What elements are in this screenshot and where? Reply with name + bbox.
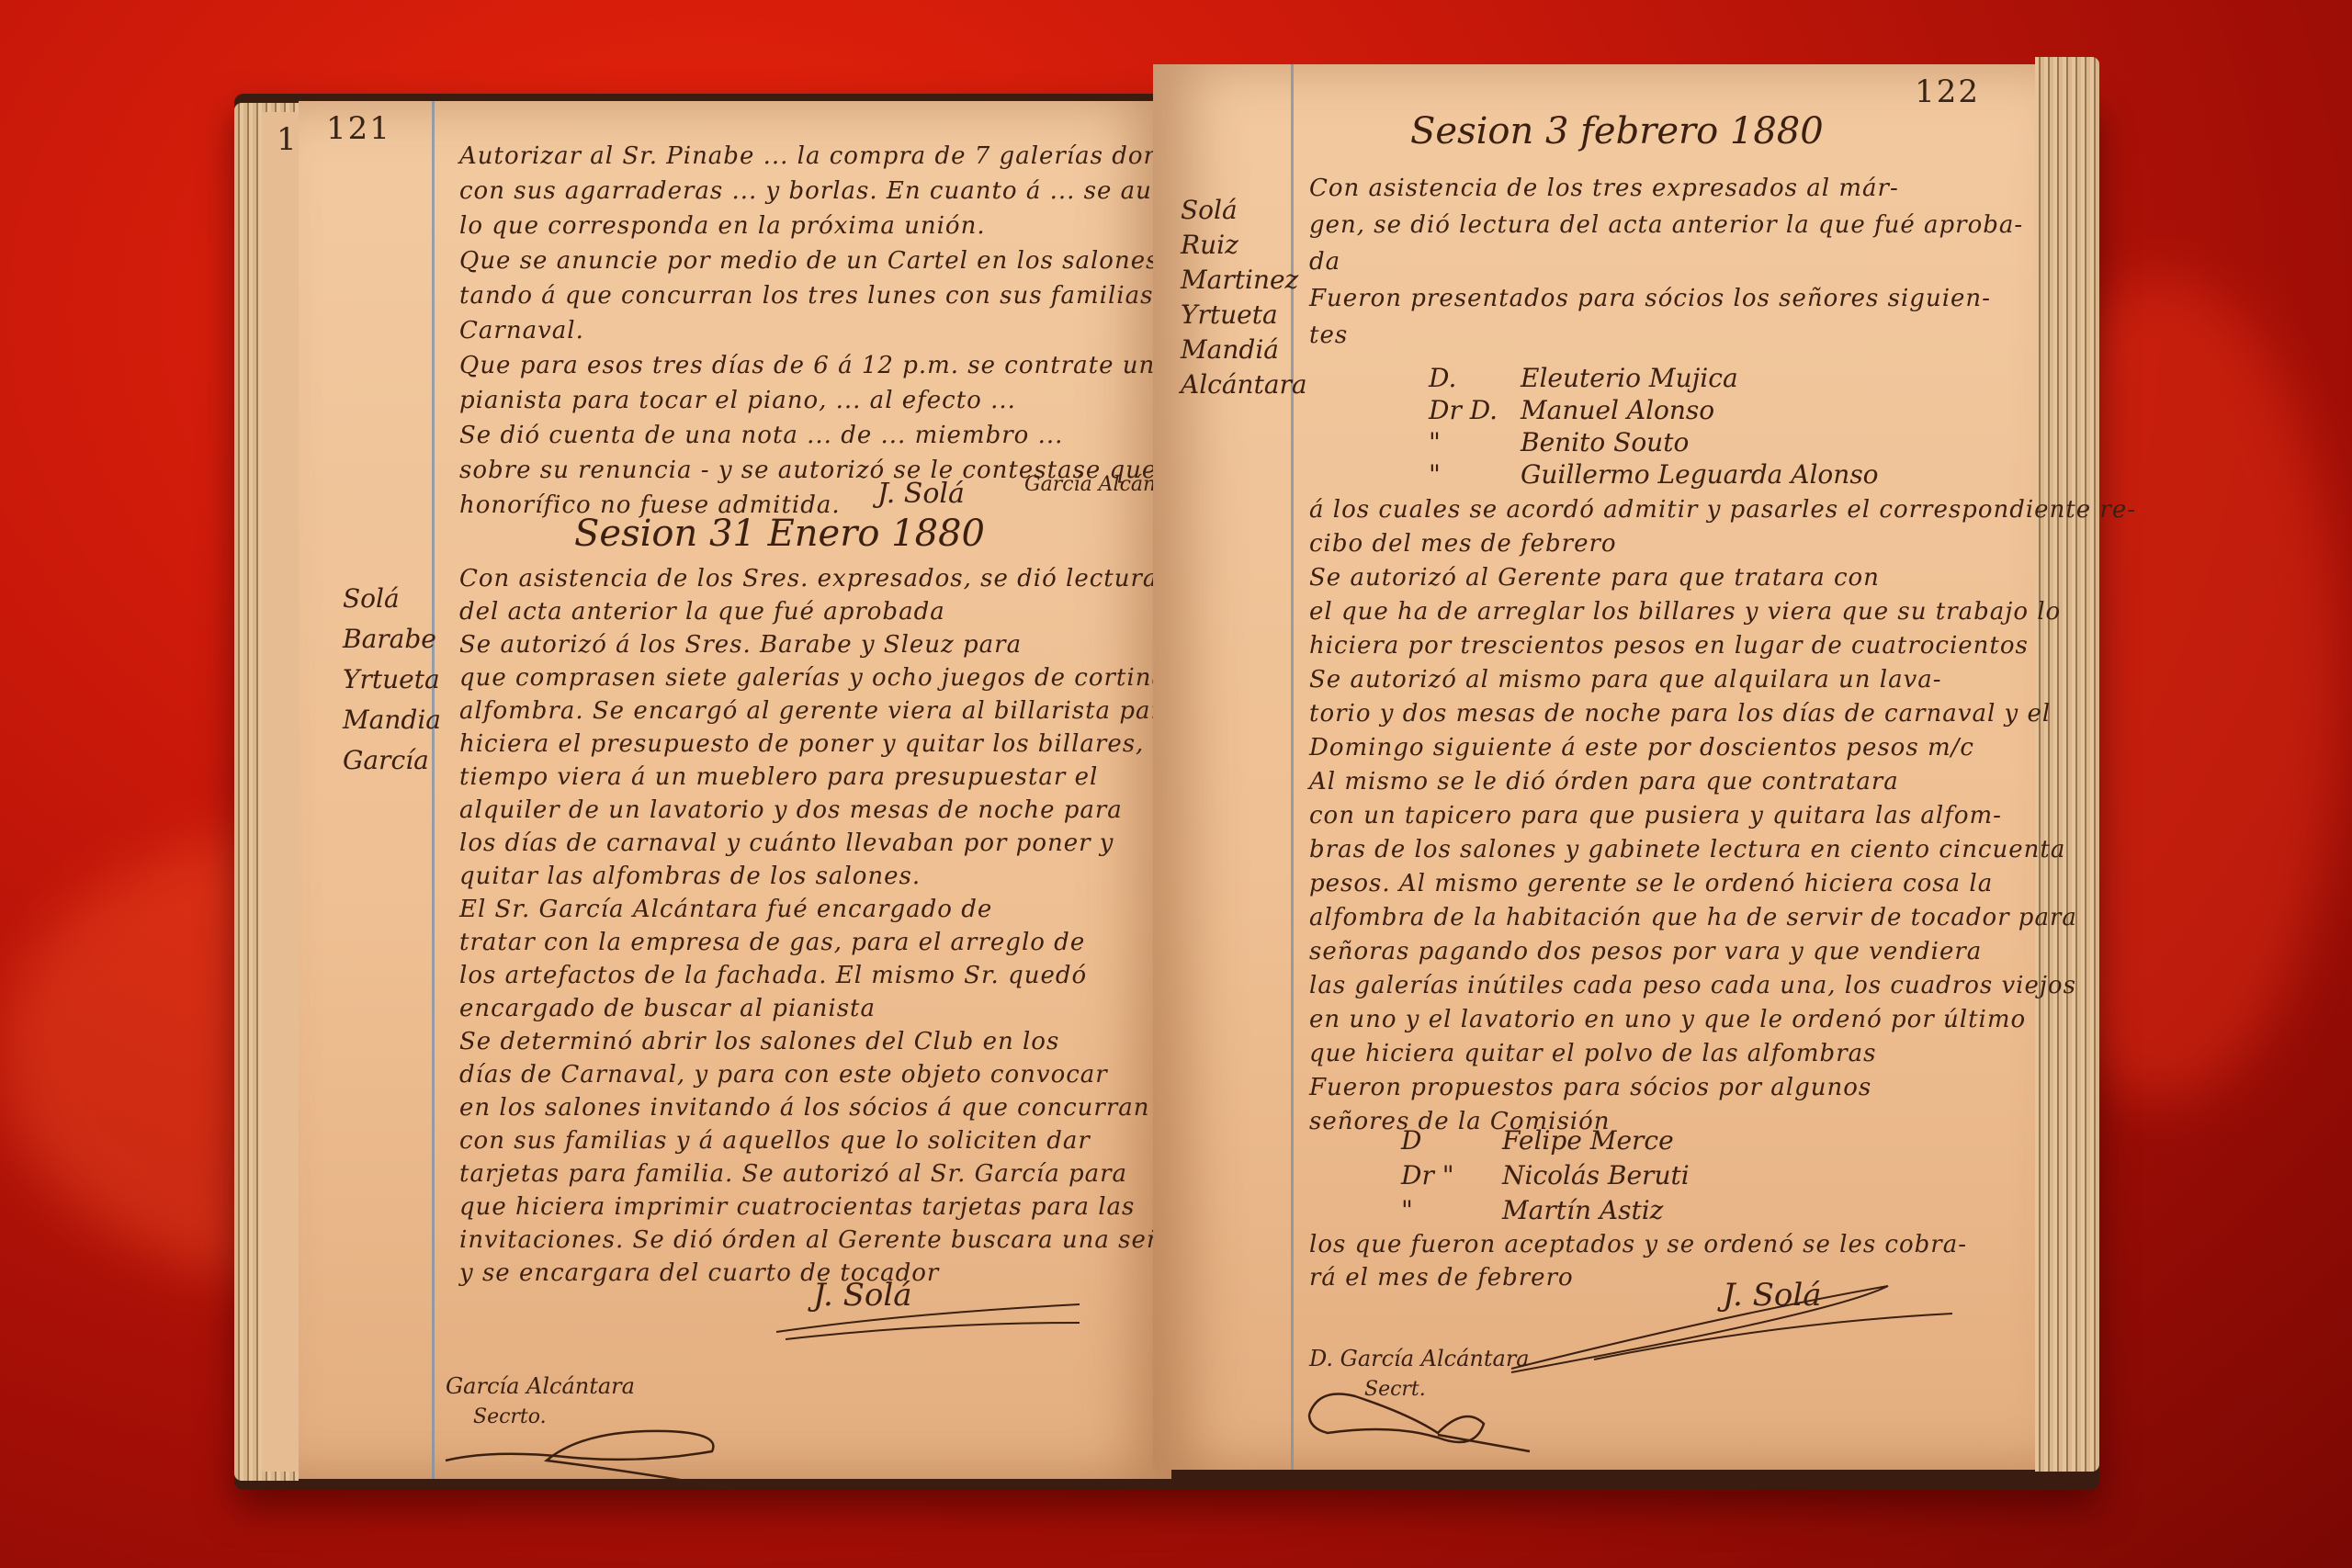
handwritten-line: El Sr. García Alcántara fué encargado de	[459, 896, 992, 923]
handwritten-line: á los cuales se acordó admitir y pasarle…	[1309, 496, 2136, 524]
handwritten-line: lo que corresponda en la próxima unión.	[459, 212, 986, 240]
secretary-flourish	[436, 1424, 740, 1497]
new-member-name: Guillermo Leguarda Alonso	[1521, 459, 1879, 490]
handwritten-line: días de Carnaval, y para con este objeto…	[459, 1061, 1108, 1089]
handwritten-line: Autorizar al Sr. Pinabe ... la compra de…	[459, 142, 1216, 170]
attendee: Yrtueta	[343, 660, 441, 700]
handwritten-line: Que para esos tres días de 6 á 12 p.m. s…	[459, 352, 1155, 379]
proposed-member-name: Felipe Merce	[1502, 1125, 1674, 1156]
attendee: Solá	[1181, 193, 1307, 228]
signature-secretary-left: García Alcántara	[446, 1373, 635, 1399]
handwritten-line: con un tapicero para que pusiera y quita…	[1309, 802, 2002, 829]
handwritten-line: Se determinó abrir los salones del Club …	[459, 1028, 1059, 1055]
handwritten-line: los que fueron aceptados y se ordenó se …	[1309, 1231, 1967, 1258]
handwritten-line: Domingo siguiente á este por doscientos …	[1309, 734, 1974, 761]
handwritten-line: el que ha de arreglar los billares y vie…	[1309, 598, 2061, 626]
handwritten-line: alfombra de la habitación que ha de serv…	[1309, 904, 2077, 931]
handwritten-line: Que se anuncie por medio de un Cartel en…	[459, 247, 1233, 275]
attendee: García	[343, 740, 441, 781]
page-number-right: 122	[1915, 73, 1980, 110]
handwritten-line: con sus agarraderas ... y borlas. En cua…	[459, 177, 1227, 205]
signature-flourish	[1502, 1277, 1962, 1378]
handwritten-line: da	[1309, 248, 1340, 276]
attendee: Ruiz	[1181, 228, 1307, 263]
handwritten-line: tarjetas para familia. Se autorizó al Sr…	[459, 1160, 1127, 1188]
signature-flourish	[767, 1295, 1098, 1350]
member-title: "	[1401, 1195, 1413, 1225]
handwritten-line: Carnaval.	[459, 317, 584, 344]
handwritten-line: tes	[1309, 321, 1348, 349]
signature-sola-prev: J. Solá	[877, 478, 965, 510]
handwritten-line: Fueron propuestos para sócios por alguno…	[1309, 1074, 1871, 1101]
handwritten-line: tratar con la empresa de gas, para el ar…	[459, 929, 1085, 956]
member-title: "	[1429, 459, 1441, 490]
open-ledger: 1 121 Autorizar al Sr. Pinabe ... la com…	[234, 57, 2099, 1490]
handwritten-line: las galerías inútiles cada peso cada una…	[1309, 972, 2076, 999]
signature-secretary-right: D. García Alcántara	[1309, 1346, 1530, 1371]
handwritten-line: torio y dos mesas de noche para los días…	[1309, 700, 2051, 728]
session-heading-31-enero: Sesion 31 Enero 1880	[574, 513, 985, 555]
handwritten-line: alfombra. Se encargó al gerente viera al…	[459, 697, 1234, 725]
handwritten-line: Con asistencia de los Sres. expresados, …	[459, 565, 1158, 592]
margin-attendees-left: Solá Barabe Yrtueta Mandia García	[343, 579, 441, 781]
member-title: "	[1429, 427, 1441, 457]
new-member-name: Eleuterio Mujica	[1521, 363, 1738, 393]
attendee: Mandiá	[1181, 333, 1307, 367]
member-title: Dr "	[1401, 1160, 1454, 1190]
proposed-member-name: Martín Astiz	[1502, 1195, 1663, 1225]
member-title: D	[1401, 1125, 1421, 1156]
member-title: Dr D.	[1429, 395, 1498, 425]
handwritten-line: Se dió cuenta de una nota ... de ... mie…	[459, 422, 1063, 449]
handwritten-line: Fueron presentados para sócios los señor…	[1309, 285, 1991, 312]
handwritten-line: Al mismo se le dió órden para que contra…	[1309, 768, 1899, 795]
handwritten-line: que comprasen siete galerías y ocho jueg…	[459, 664, 1260, 692]
page-stack-right	[2035, 57, 2099, 1472]
handwritten-line: gen, se dió lectura del acta anterior la…	[1309, 211, 2023, 239]
handwritten-line: Se autorizó al Gerente para que tratara …	[1309, 564, 1880, 592]
attendee: Solá	[343, 579, 441, 619]
session-heading-3-febrero: Sesion 3 febrero 1880	[1410, 110, 1824, 152]
handwritten-line: en uno y el lavatorio en uno y que le or…	[1309, 1006, 2026, 1033]
page-number-left: 121	[326, 110, 391, 147]
attendee: Barabe	[343, 619, 441, 660]
handwritten-line: que hiciera quitar el polvo de las alfom…	[1309, 1040, 1876, 1067]
new-member-name: Benito Souto	[1521, 427, 1689, 457]
handwritten-line: cibo del mes de febrero	[1309, 530, 1617, 558]
handwritten-line: con sus familias y á aquellos que lo sol…	[459, 1127, 1091, 1155]
handwritten-line: Con asistencia de los tres expresados al…	[1309, 175, 1899, 202]
handwritten-line: señoras pagando dos pesos por vara y que…	[1309, 938, 1982, 965]
handwritten-line: quitar las alfombras de los salones.	[459, 863, 921, 890]
handwritten-line: invitaciones. Se dió órden al Gerente bu…	[459, 1226, 1205, 1254]
attendee: Mandia	[343, 700, 441, 740]
margin-attendees-right: Solá Ruiz Martinez Yrtueta Mandiá Alcánt…	[1181, 193, 1307, 402]
new-member-name: Manuel Alonso	[1521, 395, 1714, 425]
proposed-member-name: Nicolás Beruti	[1502, 1160, 1690, 1190]
handwritten-line: hiciera el presupuesto de poner y quitar…	[459, 730, 1269, 758]
margin-rule	[432, 101, 435, 1479]
previous-page-number: 1	[277, 121, 299, 158]
handwritten-line: pianista para tocar el piano, ... al efe…	[459, 387, 1016, 414]
handwritten-line: los días de carnaval y cuánto llevaban p…	[459, 829, 1114, 857]
handwritten-line: los artefactos de la fachada. El mismo S…	[459, 962, 1087, 989]
handwritten-line: pesos. Al mismo gerente se le ordenó hic…	[1309, 870, 1993, 897]
left-page: 121 Autorizar al Sr. Pinabe ... la compr…	[299, 101, 1171, 1479]
attendee: Alcántara	[1181, 367, 1307, 402]
handwritten-line: Se autorizó á los Sres. Barabe y Sleuz p…	[459, 631, 1022, 659]
handwritten-line: alquiler de un lavatorio y dos mesas de …	[459, 796, 1123, 824]
attendee: Martinez	[1181, 263, 1307, 298]
handwritten-line: encargado de buscar al pianista	[459, 995, 876, 1022]
attendee: Yrtueta	[1181, 298, 1307, 333]
handwritten-line: que hiciera imprimir cuatrocientas tarje…	[459, 1193, 1135, 1221]
right-page: 122 Sesion 3 febrero 1880 Solá Ruiz Mart…	[1153, 64, 2035, 1470]
handwritten-line: tiempo viera á un mueblero para presupue…	[459, 763, 1098, 791]
handwritten-line: bras de los salones y gabinete lectura e…	[1309, 836, 2065, 863]
secretary-flourish	[1300, 1387, 1539, 1461]
handwritten-line: en los salones invitando á los sócios á …	[459, 1094, 1150, 1122]
handwritten-line: hiciera por trescientos pesos en lugar d…	[1309, 632, 2029, 660]
handwritten-line: Se autorizó al mismo para que alquilara …	[1309, 666, 1942, 694]
handwritten-line: del acta anterior la que fué aprobada	[459, 598, 945, 626]
member-title: D.	[1429, 363, 1456, 393]
